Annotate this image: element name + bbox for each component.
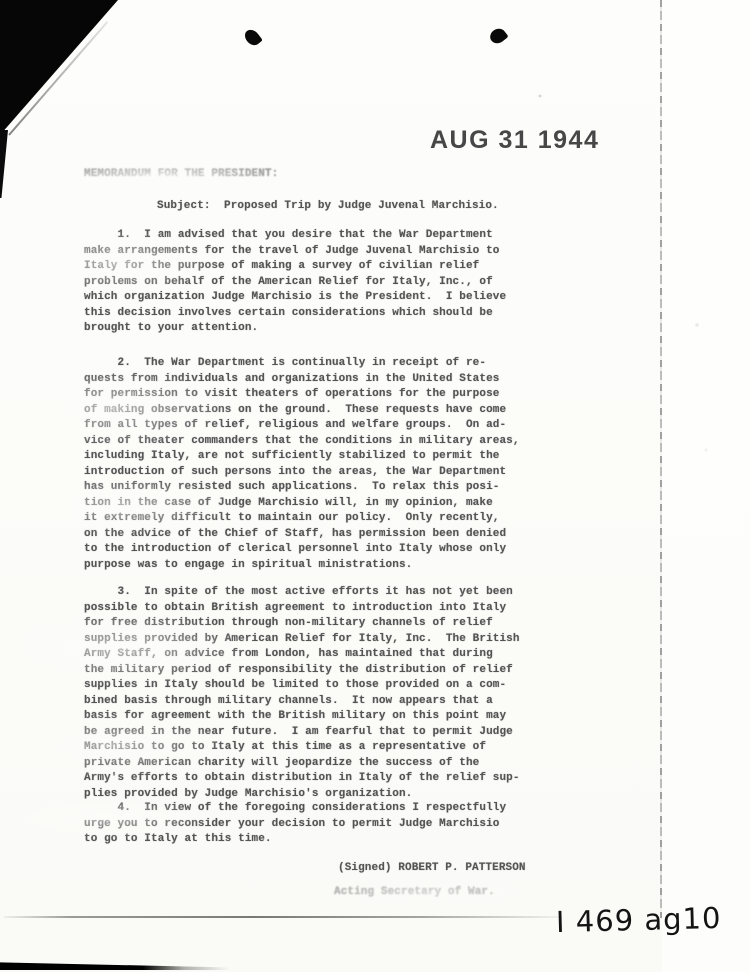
- signature-line: (Signed) ROBERT P. PATTERSON: [338, 861, 526, 877]
- paragraph-3: 3. In spite of the most active efforts i…: [84, 585, 520, 802]
- page-edge-line: [660, 0, 662, 918]
- subject-line: Subject: Proposed Trip by Judge Juvenal …: [157, 199, 499, 215]
- paragraph-4: 4. In view of the foregoing consideratio…: [84, 801, 506, 848]
- ink-blot-mark: [487, 26, 508, 47]
- scan-bottom-rule-line: [4, 916, 560, 918]
- memo-heading: MEMORANDUM FOR THE PRESIDENT:: [84, 167, 278, 183]
- scan-corner-sliver-artifact: [0, 130, 8, 198]
- paragraph-2: 2. The War Department is continually in …: [84, 356, 520, 573]
- scan-bottom-edge-artifact: [0, 961, 230, 970]
- date-stamp: AUG 31 1944: [430, 126, 599, 155]
- scan-right-margin: [662, 0, 750, 972]
- signature-title-line: Acting Secretary of War.: [334, 885, 495, 901]
- paragraph-1: 1. I am advised that you desire that the…: [84, 228, 506, 337]
- scan-corner-fold-artifact: [0, 0, 118, 135]
- scanned-memo-page: AUG 31 1944 MEMORANDUM FOR THE PRESIDENT…: [0, 0, 750, 972]
- handwritten-annotation: I 469 ag10: [556, 901, 722, 939]
- ink-blot-mark: [242, 27, 263, 48]
